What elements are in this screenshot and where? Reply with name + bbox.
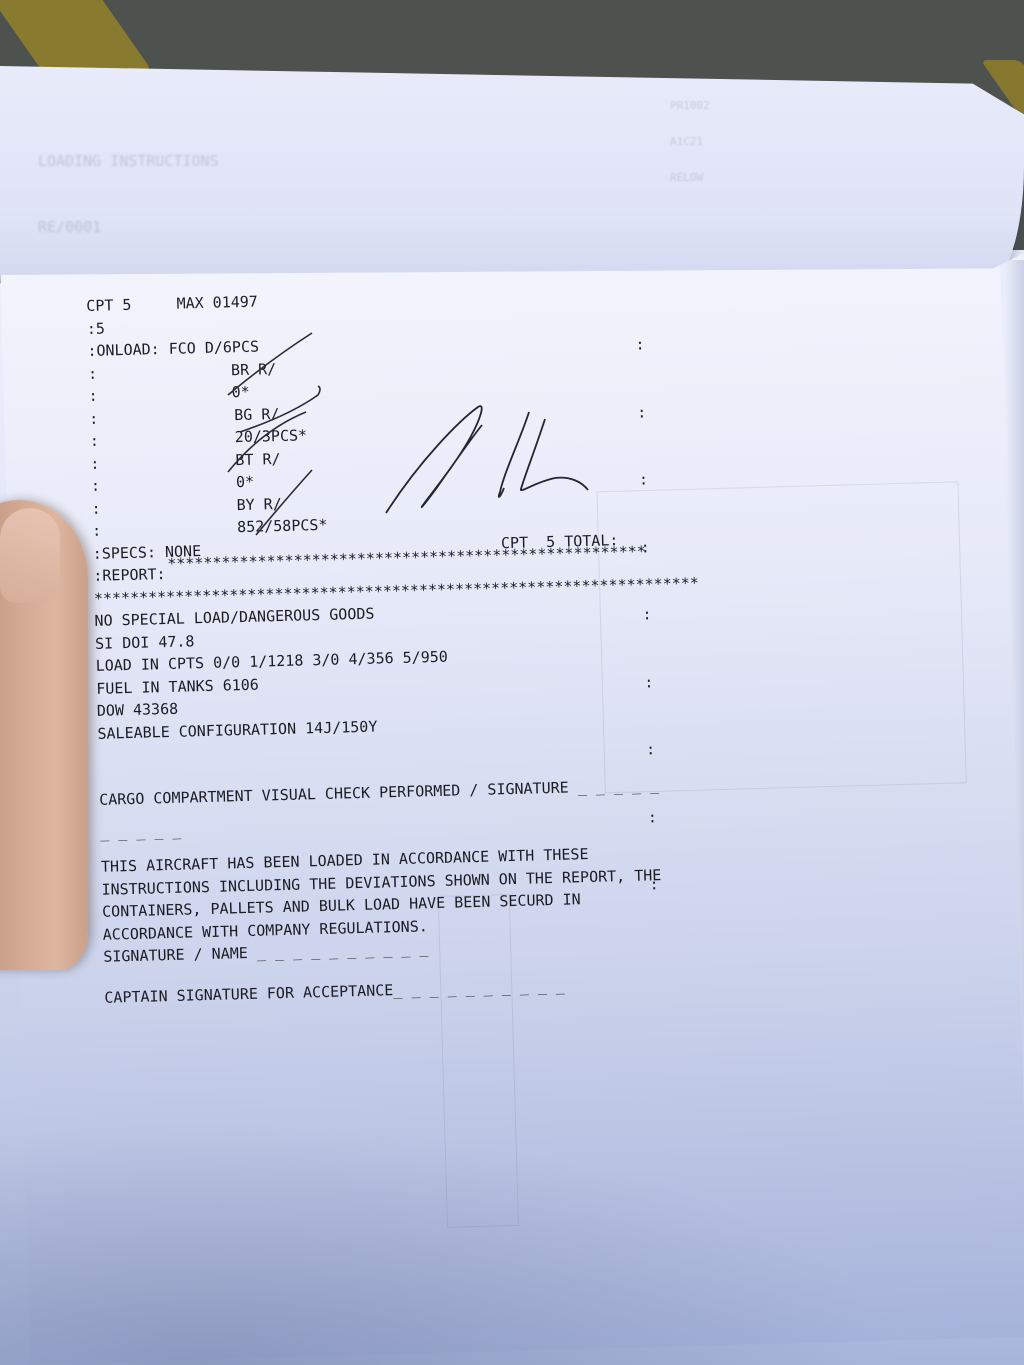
hand-shadow	[0, 1080, 1024, 1365]
tarmac-marking	[0, 0, 152, 70]
thumbnail	[0, 508, 60, 603]
folded-over-page: LOADING INSTRUCTIONS RE/0001 LEVEL11 20A…	[0, 66, 1024, 286]
holding-thumb	[0, 500, 88, 970]
bleed-through-text-right: PR1002 A1C21 RELOW	[670, 76, 710, 208]
load-instruction-report: : : : : : : : : : CPT 5 MAX 01497 :5 :ON…	[86, 277, 804, 1009]
